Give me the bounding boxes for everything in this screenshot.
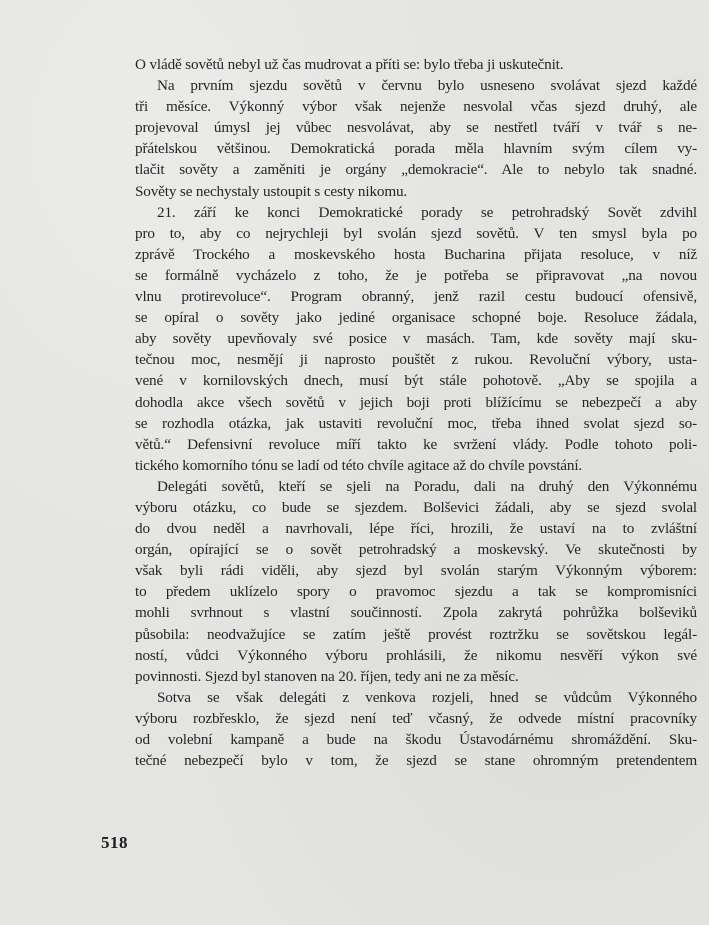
text-line: zprávě Trockého a moskevského hosta Buch… [135, 244, 697, 265]
text-line: ností, vůdci Výkonného výboru prohlásili… [135, 645, 697, 666]
text-line: Sověty se nechystaly ustoupit s cesty ni… [135, 181, 697, 202]
paragraph: O vládě sovětů nebyl už čas mudrovat a p… [135, 54, 697, 75]
text-line: pro to, aby co nejrychleji byl svolán sj… [135, 223, 697, 244]
paragraph: Sotva se však delegáti z venkova rozjeli… [135, 687, 697, 771]
text-line: orgán, opírající se o sovět petrohradský… [135, 539, 697, 560]
text-line: však byli rádi viděli, aby sjezd byl svo… [135, 560, 697, 581]
text-line: výboru otázku, co bude se sjezdem. Bolše… [135, 497, 697, 518]
text-line: vené v kornilovských dnech, musí být stá… [135, 370, 697, 391]
text-line: působila: neodvažujíce se zatím ještě pr… [135, 624, 697, 645]
text-line: vlnu protirevoluce“. Program obranný, je… [135, 286, 697, 307]
text-line: mohli svrhnout s vlastní součinností. Zp… [135, 602, 697, 623]
paragraph: 21. září ke konci Demokratické porady se… [135, 202, 697, 476]
text-line: O vládě sovětů nebyl už čas mudrovat a p… [135, 54, 697, 75]
text-line: větů.“ Defensivní revoluce míří takto ke… [135, 434, 697, 455]
text-line: tického komorního tónu se ladí od této c… [135, 455, 697, 476]
text-line: přátelskou většinou. Demokratická porada… [135, 138, 697, 159]
text-line: od volební kampaně a bude na škodu Ústav… [135, 729, 697, 750]
text-line: se rozhodla otázka, jak ustaviti revoluč… [135, 413, 697, 434]
text-line: do dvou neděl a navrhovali, lépe říci, h… [135, 518, 697, 539]
text-line: to předem uklízelo spory o pravomoc sjez… [135, 581, 697, 602]
text-line: Delegáti sovětů, kteří se sjeli na Porad… [135, 476, 697, 497]
text-line: výboru rozbřesklo, že sjezd není teď vča… [135, 708, 697, 729]
paragraph: Delegáti sovětů, kteří se sjeli na Porad… [135, 476, 697, 687]
text-line: tlačit sověty a zaměniti je orgány „demo… [135, 159, 697, 180]
text-line: Na prvním sjezdu sovětů v červnu bylo us… [135, 75, 697, 96]
text-line: se opíral o sověty jako jediné organisac… [135, 307, 697, 328]
text-line: Sotva se však delegáti z venkova rozjeli… [135, 687, 697, 708]
paragraph: Na prvním sjezdu sovětů v červnu bylo us… [135, 75, 697, 202]
page-number: 518 [101, 833, 128, 853]
text-line: tečné nebezpečí bylo v tom, že sjezd se … [135, 750, 697, 771]
page-body: O vládě sovětů nebyl už čas mudrovat a p… [135, 54, 697, 771]
text-line: aby sověty upevňovaly své posice v masác… [135, 328, 697, 349]
text-line: povinnosti. Sjezd byl stanoven na 20. ří… [135, 666, 697, 687]
text-line: tečnou moc, nesmějí ji naprosto pouštět … [135, 349, 697, 370]
text-line: dohodla akce všech sovětů v jejich boji … [135, 392, 697, 413]
text-line: tři měsíce. Výkonný výbor však nejenže n… [135, 96, 697, 117]
text-line: 21. září ke konci Demokratické porady se… [135, 202, 697, 223]
text-line: se formálně vycházelo z toho, že je potř… [135, 265, 697, 286]
text-line: projevoval úmysl jej vůbec nesvolávat, a… [135, 117, 697, 138]
